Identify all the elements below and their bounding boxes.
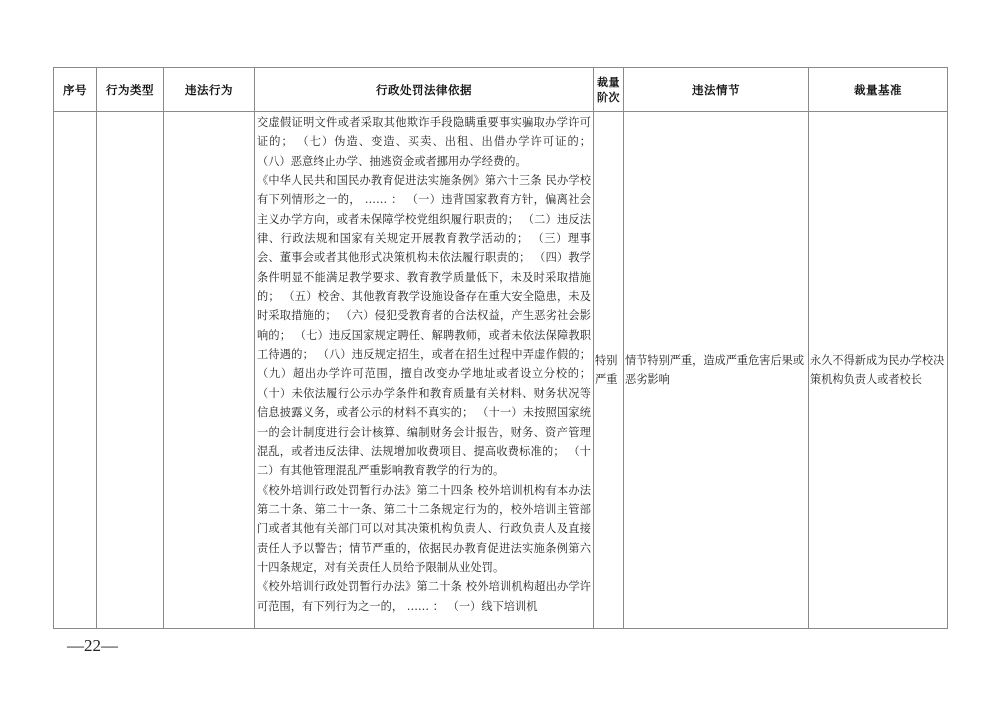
header-violation: 违法行为 [164, 68, 255, 112]
cell-circumstances: 情节特别严重，造成严重危害后果或恶劣影响 [624, 112, 809, 629]
penalty-discretion-table: 序号 行为类型 违法行为 行政处罚法律依据 裁量阶次 违法情节 裁量基准 交虚假… [53, 67, 948, 629]
header-discretion-standard: 裁量基准 [809, 68, 948, 112]
table-row: 交虚假证明文件或者采取其他欺诈手段隐瞒重要事实骗取办学许可证的； （七）伪造、变… [54, 112, 948, 629]
legal-basis-paragraph: 交虚假证明文件或者采取其他欺诈手段隐瞒重要事实骗取办学许可证的； （七）伪造、变… [257, 113, 591, 171]
header-legal-basis: 行政处罚法律依据 [255, 68, 594, 112]
header-circumstances: 违法情节 [624, 68, 809, 112]
header-discretion-level: 裁量阶次 [594, 68, 624, 112]
cell-legal-basis: 交虚假证明文件或者采取其他欺诈手段隐瞒重要事实骗取办学许可证的； （七）伪造、变… [255, 112, 594, 629]
cell-violation [164, 112, 255, 629]
cell-discretion-standard: 永久不得新成为民办学校决策机构负责人或者校长 [809, 112, 948, 629]
header-behavior-type: 行为类型 [97, 68, 164, 112]
cell-behavior-type [97, 112, 164, 629]
header-index: 序号 [54, 68, 97, 112]
page-number: —22— [67, 636, 118, 656]
legal-basis-paragraph: 《中华人民共和国民办教育促进法实施条例》第六十三条 民办学校有下列情形之一的， … [257, 171, 591, 481]
legal-basis-paragraph: 《校外培训行政处罚暂行办法》第二十条 校外培训机构超出办学许可范围，有下列行为之… [257, 577, 591, 616]
cell-discretion-level: 特别严重 [594, 112, 624, 629]
legal-basis-paragraph: 《校外培训行政处罚暂行办法》第二十四条 校外培训机构有本办法第二十条、第二十一条… [257, 481, 591, 578]
cell-index [54, 112, 97, 629]
table-header-row: 序号 行为类型 违法行为 行政处罚法律依据 裁量阶次 违法情节 裁量基准 [54, 68, 948, 112]
